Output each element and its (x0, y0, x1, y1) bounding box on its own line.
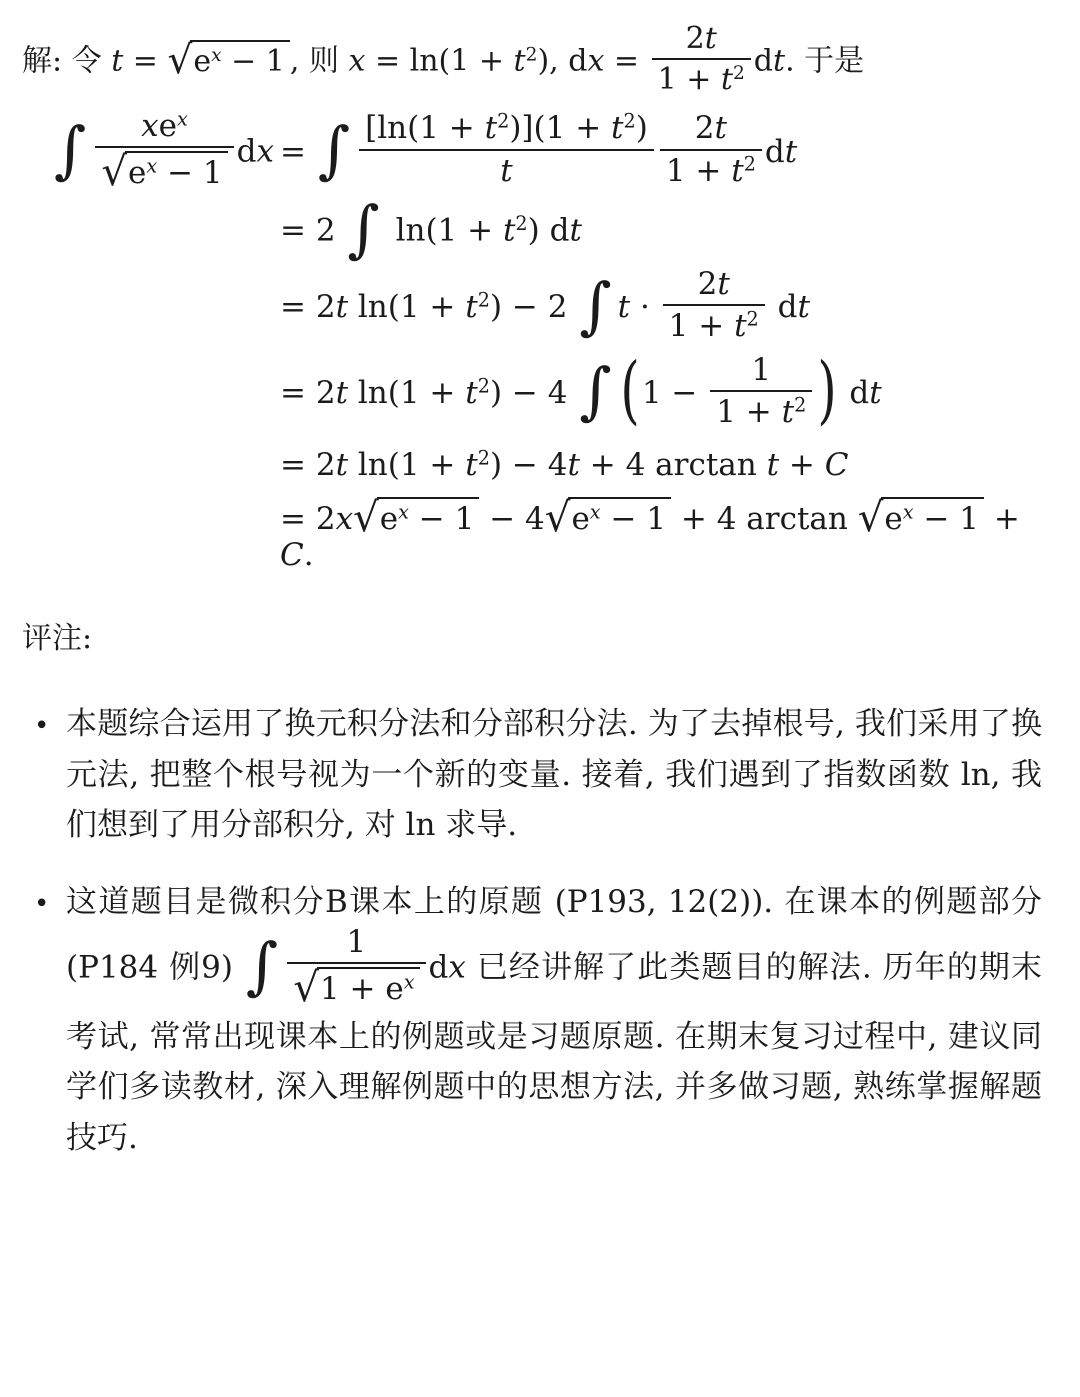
math-variable: x (448, 950, 465, 986)
equation-rhs: = ∫[ln(1 + t2)](1 + t2)t2t1 + t2dt (274, 114, 1046, 193)
math-variable: x (587, 44, 604, 79)
math-text: + 4 arctan (580, 447, 767, 483)
remark-text-2: 这道题目是微积分B课本上的原题 (P193, 12(2)). 在课本的例题部分 … (66, 877, 1046, 1163)
math-text: + 4 arctan (671, 501, 858, 537)
math-variable: t (773, 44, 785, 79)
math-variable: x (146, 155, 157, 178)
radical-icon: √ (101, 152, 127, 192)
radicand: ex − 1 (190, 40, 290, 79)
radical-icon: √ (353, 498, 379, 538)
equation-rhs: = 2t ln(1 + t2) − 4 ∫(1 − 11 + t2) dt (274, 355, 1046, 434)
math-superscript: 2 (794, 393, 806, 416)
math-text: 2 (686, 21, 705, 56)
fraction-denominator: √1 + ex (287, 962, 425, 1008)
math-text: − 1 (409, 501, 474, 537)
fraction-denominator: 1 + t2 (663, 304, 765, 345)
math-text: = (123, 44, 167, 79)
fraction-numerator: 1 (710, 352, 812, 390)
math-text: d (765, 134, 785, 170)
math-superscript: 2 (478, 289, 490, 312)
big-right-paren: ) (818, 353, 837, 427)
math-text: 2 (624, 110, 636, 133)
math-variable: x (336, 501, 353, 537)
math-variable: t (618, 290, 630, 326)
math-superscript: x (211, 44, 222, 65)
math-text: ln(1 + (348, 375, 465, 411)
math-text: d (840, 375, 870, 411)
math-text: e (159, 108, 177, 144)
radicand: ex − 1 (881, 497, 984, 537)
radicand: ex − 1 (125, 151, 228, 191)
math-text: 本题综合运用了换元积分法和分部积分法. 为了去掉根号, 我们采用了换元法, 把整… (66, 706, 1042, 843)
math-fraction: 2t1 + t2 (660, 110, 762, 189)
bullet-icon: • (34, 701, 60, 751)
math-superscript: 2 (478, 374, 490, 397)
math-text: 2 (698, 266, 718, 302)
math-text: 2 (747, 308, 759, 331)
radical-icon: √ (858, 498, 884, 538)
math-text: − 1 (914, 501, 979, 537)
math-variable: t (514, 44, 526, 79)
fraction-denominator: 1 + t2 (710, 390, 812, 431)
math-sqrt: √ex − 1 (545, 496, 671, 537)
integral-icon: ∫ (316, 113, 356, 186)
math-text: − 1 (222, 44, 285, 79)
math-text: e (128, 155, 146, 191)
radicand: ex − 1 (568, 497, 671, 537)
math-text: , 则 (290, 44, 349, 79)
fraction-numerator: [ln(1 + t2)](1 + t2) (359, 110, 654, 148)
fraction-numerator: 2t (652, 21, 751, 58)
fraction-numerator: 2t (660, 110, 762, 148)
math-text: ) − 2 (490, 290, 577, 326)
integral-icon: ∫ (52, 113, 92, 186)
math-fraction: xex√ex − 1 (95, 108, 233, 192)
math-text: ) (636, 110, 648, 146)
derivation-block: ∫xex√ex − 1dx = ∫[ln(1 + t2)](1 + t2)t2t… (22, 111, 1046, 573)
math-text: 2 (478, 374, 490, 397)
fraction-denominator: 1 + t2 (660, 149, 762, 190)
remark-item-1: • 本题综合运用了换元积分法和分部积分法. 为了去掉根号, 我们采用了换元法, … (22, 699, 1046, 851)
math-text: 2 (744, 152, 756, 175)
math-sqrt: √1 + ex (293, 966, 419, 1008)
math-variable: t (485, 110, 497, 146)
math-variable: x (398, 501, 409, 524)
equation-rhs: = 2 ∫ ln(1 + t2) dt (274, 201, 1046, 263)
radicand: 1 + ex (317, 967, 420, 1007)
math-text: [ln(1 + (365, 110, 484, 146)
math-superscript: x (146, 155, 157, 178)
math-sqrt: √ex − 1 (167, 39, 289, 81)
math-variable: t (731, 153, 743, 189)
equation-row-2: = 2 ∫ ln(1 + t2) dt (22, 201, 1046, 263)
math-text: + (984, 501, 1020, 537)
math-variable: x (211, 44, 222, 65)
math-fraction: [ln(1 + t2)](1 + t2)t (359, 110, 654, 189)
remarks-heading: 评注: (22, 613, 1046, 657)
equation-row-4: = 2t ln(1 + t2) − 4 ∫(1 − 11 + t2) dt (22, 355, 1046, 434)
math-text: ln(1 + (348, 290, 465, 326)
math-superscript: x (404, 971, 415, 994)
math-fraction: 1√1 + ex (287, 924, 425, 1008)
radical-icon: √ (167, 40, 192, 79)
math-text: 2 (478, 289, 490, 312)
fraction-numerator: 1 (287, 924, 425, 962)
math-variable: t (717, 266, 729, 302)
math-variable: t (782, 394, 794, 430)
fraction-denominator: t (359, 149, 654, 190)
math-superscript: 2 (515, 212, 527, 235)
math-fraction: 2t1 + t2 (663, 266, 765, 345)
math-superscript: 2 (747, 308, 759, 331)
math-text: e (571, 501, 589, 537)
math-superscript: x (177, 107, 188, 130)
math-text: − 4 (479, 501, 544, 537)
math-variable: t (336, 447, 348, 483)
math-variable: C (825, 447, 849, 483)
math-superscript: 2 (526, 44, 538, 65)
math-variable: t (567, 447, 579, 483)
math-text: 1 − (642, 375, 707, 411)
math-text: 2 (497, 110, 509, 133)
math-text: ln(1 + (386, 213, 503, 249)
bullet-icon: • (34, 879, 60, 929)
math-variable: t (797, 290, 809, 326)
integral-icon: ∫ (577, 269, 617, 342)
math-text: . (304, 537, 314, 573)
big-left-paren: ( (620, 353, 639, 427)
math-text: . 于是 (785, 44, 864, 79)
math-text: = 2 (280, 375, 336, 411)
math-variable: t (503, 213, 515, 249)
math-text: ) − 4 (490, 375, 577, 411)
math-text: 2 (526, 44, 538, 65)
math-text: 2 (794, 393, 806, 416)
equation-row-6: = 2x√ex − 1 − 4√ex − 1 + 4 arctan √ex − … (22, 496, 1046, 573)
document-page: 解: 令 t = √ex − 1, 则 x = ln(1 + t2), dx =… (0, 0, 1080, 1397)
integral-icon: ∫ (577, 354, 617, 427)
math-text: ) − 4 (490, 447, 568, 483)
remarks-list: • 本题综合运用了换元积分法和分部积分法. 为了去掉根号, 我们采用了换元法, … (22, 699, 1046, 1163)
math-text: 2 (515, 212, 527, 235)
equation-rhs: = 2t ln(1 + t2) − 2 ∫t · 2t1 + t2 dt (274, 269, 1046, 348)
math-text: e (380, 501, 398, 537)
math-text: − 1 (157, 155, 222, 191)
fraction-numerator: 2t (663, 266, 765, 304)
equation-row-3: = 2t ln(1 + t2) − 2 ∫t · 2t1 + t2 dt (22, 269, 1046, 348)
math-variable: x (349, 44, 366, 79)
math-variable: t (569, 213, 581, 249)
remark-item-2: • 这道题目是微积分B课本上的原题 (P193, 12(2)). 在课本的例题部… (22, 877, 1046, 1163)
math-text: e (884, 501, 902, 537)
equation-row-1: ∫xex√ex − 1dx = ∫[ln(1 + t2)](1 + t2)t2t… (22, 111, 1046, 195)
math-superscript: 2 (478, 447, 490, 470)
math-variable: x (141, 108, 158, 144)
math-text: 2 (695, 110, 715, 146)
radical-icon: √ (545, 498, 571, 538)
math-variable: t (465, 290, 477, 326)
math-sqrt: √ex − 1 (101, 150, 227, 192)
equation-rhs: = 2x√ex − 1 − 4√ex − 1 + 4 arctan √ex − … (274, 496, 1046, 573)
math-text: 2 (733, 63, 745, 84)
math-variable: t (721, 62, 733, 97)
math-text: d (754, 44, 773, 79)
math-text: 解: 令 (22, 44, 111, 79)
math-variable: x (404, 971, 415, 994)
math-superscript: x (398, 501, 409, 524)
fraction-denominator: 1 + t2 (652, 58, 751, 98)
math-sqrt: √ex − 1 (858, 496, 984, 537)
radicand: ex − 1 (377, 497, 480, 537)
math-sqrt: √ex − 1 (353, 496, 479, 537)
math-text: = 2 (280, 290, 336, 326)
math-text: 1 + (716, 394, 781, 430)
math-variable: t (111, 44, 123, 79)
math-superscript: 2 (497, 110, 509, 133)
math-text: = 2 (280, 447, 336, 483)
math-variable: t (336, 290, 348, 326)
remark-text-1: 本题综合运用了换元积分法和分部积分法. 为了去掉根号, 我们采用了换元法, 把整… (66, 699, 1046, 851)
math-superscript: x (903, 501, 914, 524)
math-text: )](1 + (509, 110, 611, 146)
math-variable: C (280, 537, 304, 573)
math-variable: t (715, 110, 727, 146)
math-variable: x (590, 501, 601, 524)
math-text: d (237, 134, 257, 170)
math-superscript: 2 (744, 152, 756, 175)
math-variable: t (611, 110, 623, 146)
math-text: d (768, 290, 798, 326)
math-text: 1 + (666, 153, 731, 189)
math-variable: t (869, 375, 881, 411)
math-text: 2 (478, 447, 490, 470)
math-variable: t (767, 447, 779, 483)
integral-icon: ∫ (244, 929, 284, 1002)
math-superscript: x (590, 501, 601, 524)
math-text: ln(1 + (348, 447, 465, 483)
math-variable: x (257, 134, 274, 170)
math-text: = (280, 134, 316, 170)
math-superscript: 2 (624, 110, 636, 133)
math-variable: t (785, 134, 797, 170)
math-variable: t (734, 308, 746, 344)
equation-row-5: = 2t ln(1 + t2) − 4t + 4 arctan t + C (22, 440, 1046, 490)
math-fraction: 2t1 + t2 (652, 21, 751, 98)
math-variable: t (465, 375, 477, 411)
equation-lhs: ∫xex√ex − 1dx (22, 111, 274, 195)
math-text: 1 + (669, 308, 734, 344)
math-text: d (429, 950, 449, 986)
math-text: 1 (347, 924, 367, 960)
math-text: = (604, 44, 648, 79)
math-text: − 1 (601, 501, 666, 537)
math-variable: x (177, 107, 188, 130)
fraction-denominator: √ex − 1 (95, 146, 233, 192)
math-text: ), d (537, 44, 587, 79)
math-variable: x (903, 501, 914, 524)
math-text: + (779, 447, 825, 483)
math-text: ) d (528, 213, 570, 249)
radical-icon: √ (293, 968, 319, 1008)
math-variable: t (705, 21, 717, 56)
math-variable: t (500, 153, 512, 189)
math-fraction: 11 + t2 (710, 352, 812, 431)
integral-icon: ∫ (345, 192, 385, 265)
math-text: e (193, 44, 211, 79)
math-text: = 2 (280, 501, 336, 537)
math-text: · (630, 290, 660, 326)
math-text: 1 + e (320, 971, 404, 1007)
math-text: 1 (751, 352, 771, 388)
math-variable: t (336, 375, 348, 411)
math-superscript: 2 (733, 63, 745, 84)
math-variable: t (465, 447, 477, 483)
solution-intro-line: 解: 令 t = √ex − 1, 则 x = ln(1 + t2), dx =… (22, 24, 1046, 101)
math-text: = ln(1 + (365, 44, 513, 79)
math-text: = 2 (280, 213, 345, 249)
math-text: 1 + (658, 62, 721, 97)
equation-rhs: = 2t ln(1 + t2) − 4t + 4 arctan t + C (274, 447, 1046, 483)
fraction-numerator: xex (95, 108, 233, 146)
